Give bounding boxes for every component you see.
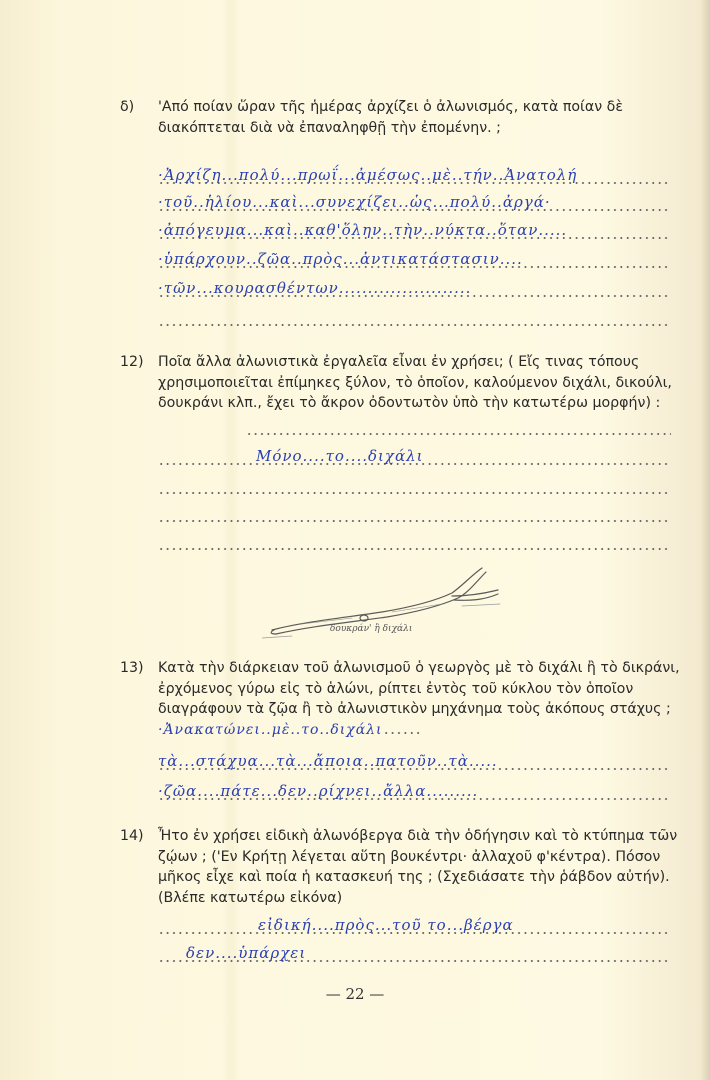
question-12: 12) Ποῖα ἄλλα ἀλωνιστικὰ ἐργαλεῖα εἶναι … bbox=[120, 352, 680, 414]
question-text: Ἦτο ἐν χρήσει εἰδικὴ ἀλωνόβεργα διὰ τὴν … bbox=[158, 826, 680, 908]
answer-line: ·τοῦ..ἡλίου...καὶ...συνεχίζει..ὡς...πολύ… bbox=[158, 189, 671, 215]
question-14: 14) Ἦτο ἐν χρήσει εἰδικὴ ἀλωνόβεργα διὰ … bbox=[120, 826, 680, 908]
answer-line bbox=[158, 500, 671, 526]
question-text: 'Από ποίαν ὥραν τῆς ἡμέρας ἀρχίζει ὁ ἀλω… bbox=[158, 97, 680, 138]
handwritten-answer: Μόνο....το....διχάλι bbox=[256, 447, 424, 465]
answer-line: εἰδική....πρὸς...τοῦ το...βέργα bbox=[158, 912, 671, 938]
answer-line bbox=[158, 472, 671, 498]
answer-line: Μόνο....το....διχάλι bbox=[158, 443, 671, 469]
question-delta: δ) 'Από ποίαν ὥραν τῆς ἡμέρας ἀρχίζει ὁ … bbox=[120, 97, 680, 138]
handwritten-answer: ·ζῶα....πάτε...δεν..ρίχνει..ἄλλα........… bbox=[158, 782, 478, 800]
answer-line: δεν....ὑπάρχει bbox=[158, 940, 671, 966]
answer-line: ·ζῶα....πάτε...δεν..ρίχνει..ἄλλα........… bbox=[158, 778, 671, 804]
question-number: 13) bbox=[120, 658, 144, 679]
question-number: δ) bbox=[120, 97, 134, 118]
answer-line bbox=[158, 304, 671, 330]
question-text-content: Κατὰ τὴν διάρκειαν τοῦ ἀλωνισμοῦ ὁ γεωργ… bbox=[158, 660, 680, 717]
answer-line: ·ἀπόγευμα...καὶ..καθ'ὅλην..τὴν..νύκτα..ὅ… bbox=[158, 217, 671, 243]
answer-line: ·ὑπάρχουν..ζῶα..πρὸς...ἀντικατάστασιν...… bbox=[158, 246, 671, 272]
handwritten-answer: δεν....ὑπάρχει bbox=[186, 944, 306, 962]
answer-line bbox=[158, 528, 671, 554]
handwritten-answer: ·Ἀνακατώνει..μὲ..το..διχάλι bbox=[158, 722, 383, 738]
handwritten-answer: τὰ...στάχυα...τὰ...ἄποια..πατοῦν..τὰ....… bbox=[158, 752, 498, 770]
handwritten-answer: ·ἀπόγευμα...καὶ..καθ'ὅλην..τὴν..νύκτα..ὅ… bbox=[158, 221, 567, 239]
answer-line: ·Ἀρχίζη...πολύ...πρωΐ...ἀμέσως..μὲ..τήν.… bbox=[158, 162, 671, 188]
figure-caption: δουκράν' ἢ διχάλι bbox=[330, 624, 412, 634]
handwritten-answer: ·τῶν...κουρασθέντων.....................… bbox=[158, 279, 471, 297]
question-number: 14) bbox=[120, 826, 144, 847]
question-13: 13) Κατὰ τὴν διάρκειαν τοῦ ἀλωνισμοῦ ὁ γ… bbox=[120, 658, 680, 740]
handwritten-answer: ·ὑπάρχουν..ζῶα..πρὸς...ἀντικατάστασιν...… bbox=[158, 250, 523, 268]
answer-line: ·τῶν...κουρασθέντων.....................… bbox=[158, 275, 671, 301]
handwritten-answer: ·Ἀρχίζη...πολύ...πρωΐ...ἀμέσως..μὲ..τήν.… bbox=[158, 166, 577, 184]
question-text: Κατὰ τὴν διάρκειαν τοῦ ἀλωνισμοῦ ὁ γεωργ… bbox=[158, 658, 680, 740]
answer-line: τὰ...στάχυα...τὰ...ἄποια..πατοῦν..τὰ....… bbox=[158, 748, 671, 774]
page-number: — 22 — bbox=[0, 985, 710, 1003]
question-text: Ποῖα ἄλλα ἀλωνιστικὰ ἐργαλεῖα εἶναι ἐν χ… bbox=[158, 352, 680, 414]
question-number: 12) bbox=[120, 352, 144, 373]
handwritten-answer: εἰδική....πρὸς...τοῦ το...βέργα bbox=[258, 916, 514, 934]
handwritten-answer: ·τοῦ..ἡλίου...καὶ...συνεχίζει..ὡς...πολύ… bbox=[158, 193, 551, 211]
answer-line bbox=[246, 413, 671, 439]
